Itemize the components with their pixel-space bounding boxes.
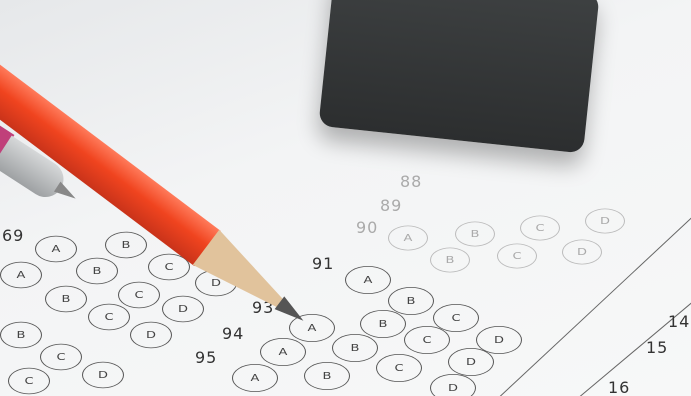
question-number: 88 xyxy=(400,172,422,191)
bubble-a: A xyxy=(388,226,428,251)
question-number: 90 xyxy=(356,218,378,237)
pen-tip xyxy=(54,182,79,204)
bubble-a: A xyxy=(232,364,278,392)
bubble-c: C xyxy=(376,354,422,382)
question-number: 15 xyxy=(646,338,668,357)
bubble-a: A xyxy=(35,236,77,263)
bubble-d: D xyxy=(130,322,172,349)
question-number: 94 xyxy=(222,324,244,343)
bubble-d: D xyxy=(430,374,476,396)
bubble-b: B xyxy=(360,310,406,338)
bubble-a: A xyxy=(345,266,391,294)
bubble-d: D xyxy=(448,348,494,376)
question-number: 14 xyxy=(668,312,690,331)
bubble-b: B xyxy=(45,286,87,313)
bubble-d: D xyxy=(562,240,602,265)
bubble-c: C xyxy=(404,326,450,354)
bubble-c: C xyxy=(497,244,537,269)
bubble-a: A xyxy=(0,262,42,289)
bubble-b: B xyxy=(455,222,495,247)
bubble-b: B xyxy=(105,232,147,259)
question-number: 91 xyxy=(312,254,334,273)
bubble-b: B xyxy=(304,362,350,390)
question-number: 95 xyxy=(195,348,217,367)
bubble-b: B xyxy=(388,287,434,315)
bubble-c: C xyxy=(118,282,160,309)
bubble-c: C xyxy=(88,304,130,331)
bubble-d: D xyxy=(82,362,124,389)
bubble-c: C xyxy=(40,344,82,371)
bubble-c: C xyxy=(8,368,50,395)
question-number: 16 xyxy=(608,378,630,396)
bubble-b: B xyxy=(76,258,118,285)
bubble-c: C xyxy=(520,216,560,241)
bubble-d: D xyxy=(162,296,204,323)
bubble-b: B xyxy=(430,248,470,273)
bubble-b: B xyxy=(0,322,42,349)
divider-line xyxy=(580,268,691,396)
bubble-d: D xyxy=(585,209,625,234)
question-number: 89 xyxy=(380,196,402,215)
question-number: 69 xyxy=(2,226,24,245)
